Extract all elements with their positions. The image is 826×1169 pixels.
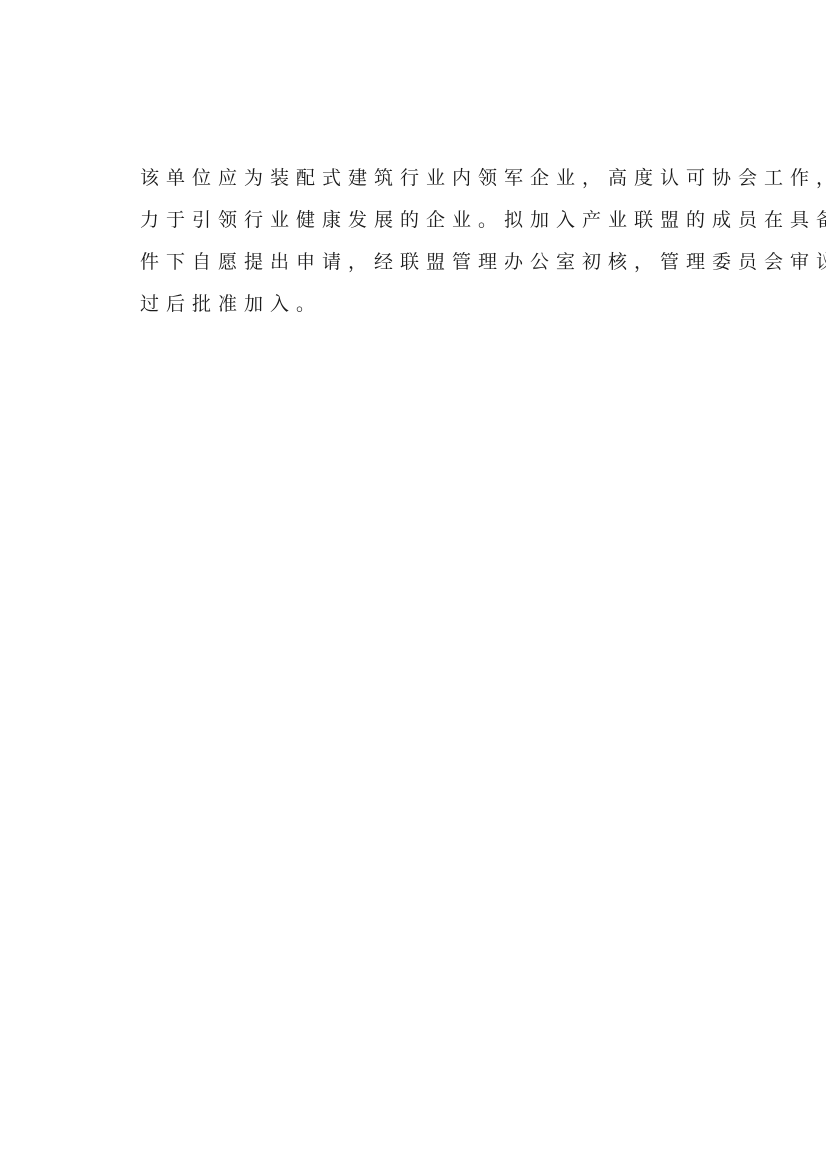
paragraph-line: 该单位应为装配式建筑行业内领军企业，高度认可协会工作，致 <box>140 157 720 199</box>
document-page: 该单位应为装配式建筑行业内领军企业，高度认可协会工作，致 力于引领行业健康发展的… <box>0 0 826 1169</box>
paragraph-line: 力于引领行业健康发展的企业。拟加入产业联盟的成员在具备条 <box>140 199 720 241</box>
paragraph-line: 过后批准加入。 <box>140 283 720 325</box>
paragraph-line: 件下自愿提出申请，经联盟管理办公室初核，管理委员会审议通 <box>140 241 720 283</box>
body-paragraph: 该单位应为装配式建筑行业内领军企业，高度认可协会工作，致 力于引领行业健康发展的… <box>140 157 720 325</box>
